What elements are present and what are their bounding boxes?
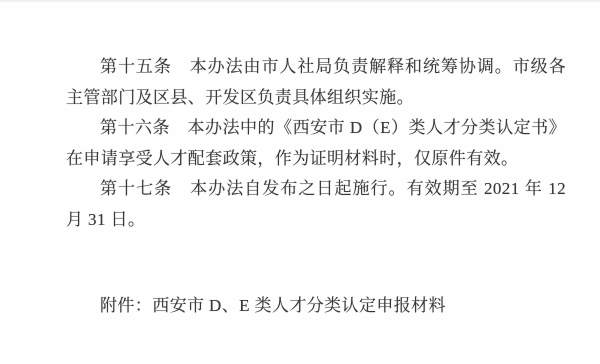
attachment-line: 附件：西安市 D、E 类人才分类认定申报材料 — [66, 291, 566, 322]
document-body: 第十五条 本办法由市人社局负责解释和统筹协调。市级各主管部门及区县、开发区负责具… — [66, 52, 566, 322]
article-15-paragraph: 第十五条 本办法由市人社局负责解释和统筹协调。市级各主管部门及区县、开发区负责具… — [66, 52, 566, 113]
article-16-paragraph: 第十六条 本办法中的《西安市 D（E）类人才分类认定书》在申请享受人才配套政策，… — [66, 113, 566, 174]
document-page: 第十五条 本办法由市人社局负责解释和统筹协调。市级各主管部门及区县、开发区负责具… — [0, 0, 600, 364]
article-17-paragraph: 第十七条 本办法自发布之日起施行。有效期至 2021 年 12 月 31 日。 — [66, 174, 566, 235]
scan-edge-top — [0, 0, 600, 2]
